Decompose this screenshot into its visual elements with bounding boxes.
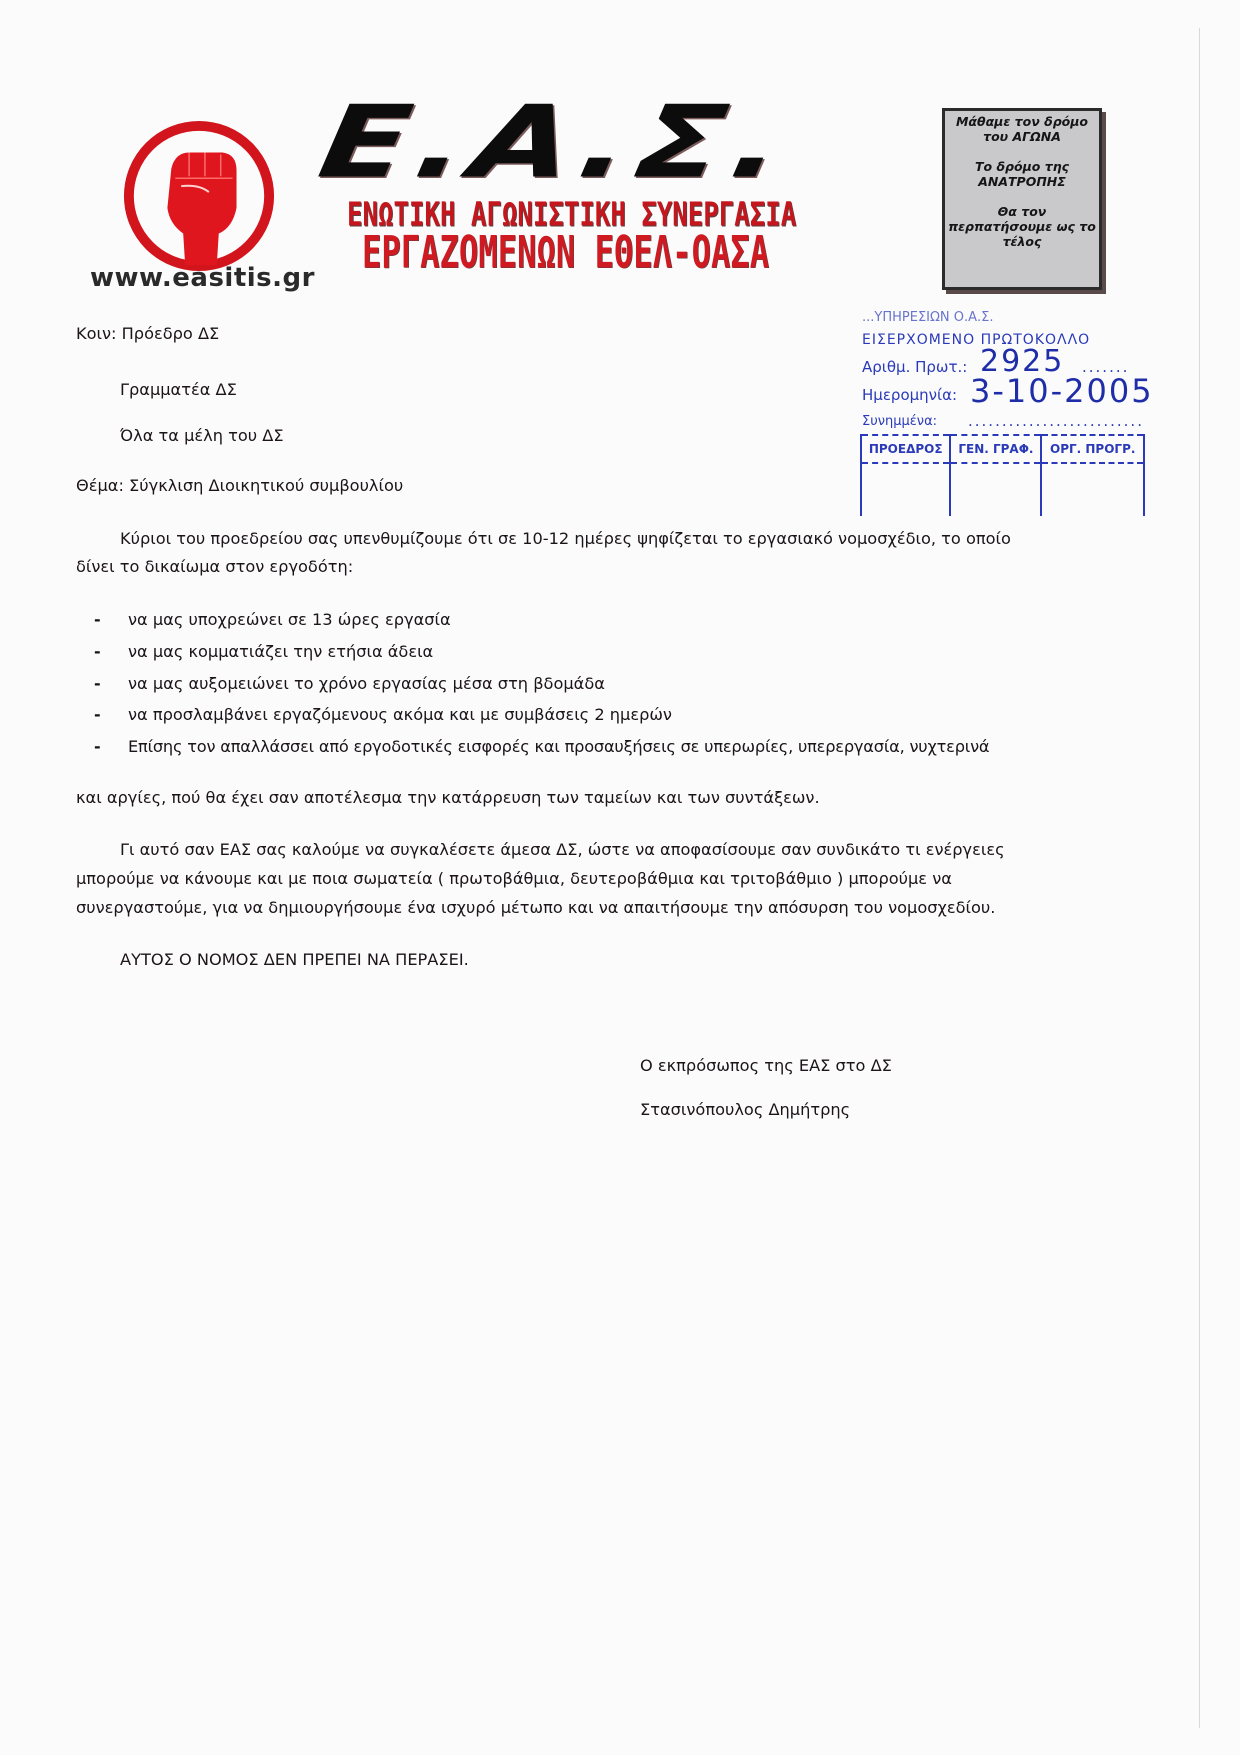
call-paragraph-line1: Γι αυτό σαν ΕΑΣ σας καλούμε να συγκαλέσε…: [120, 840, 1005, 859]
org-name-line2: ΕΡΓΑΖΟΜΕΝΩΝ ΕΘΕΛ-ΟΑΣΑ: [362, 226, 769, 278]
bullet-marker: -: [94, 705, 101, 724]
routing-cell: [1041, 463, 1144, 516]
intro-line2: δίνει το δικαίωμα στον εργοδότη:: [76, 557, 353, 576]
dotted-fill: ..........................: [968, 412, 1144, 430]
recipient-secretary: Γραμματέα ΔΣ: [120, 380, 237, 399]
call-paragraph-line3: συνεργαστούμε, για να δημιουργήσουμε ένα…: [76, 898, 995, 917]
date-label: Ημερομηνία:: [862, 386, 957, 404]
signature-title: Ο εκπρόσωπος της ΕΑΣ στο ΔΣ: [640, 1056, 892, 1075]
intro-line1: Κύριοι του προεδρείου σας υπενθυμίζουμε …: [120, 529, 1011, 548]
routing-col-secretary: ΓΕΝ. ΓΡΑΦ.: [950, 435, 1041, 463]
org-acronym: Ε.Α.Σ.: [313, 96, 950, 190]
bullet-text: να μας αυξομειώνει το χρόνο εργασίας μέσ…: [128, 674, 605, 693]
slogan-line: Το δρόμο της ΑΝΑΤΡΟΠΗΣ: [945, 159, 1099, 189]
routing-cell: [950, 463, 1041, 516]
routing-table: ΠΡΟΕΔΡΟΣ ΓΕΝ. ΓΡΑΦ. ΟΡΓ. ΠΡΟΓΡ.: [860, 434, 1145, 516]
routing-cell: [861, 463, 950, 516]
bullet-continuation: και αργίες, πού θα έχει σαν αποτέλεσμα τ…: [76, 788, 820, 807]
recipient-cc: Κοιν: Πρόεδρο ΔΣ: [76, 324, 219, 343]
bullet-text: να προσλαμβάνει εργαζόμενους ακόμα και μ…: [128, 705, 672, 724]
slogan-box: Μάθαμε τον δρόμο του ΑΓΩΝΑ Το δρόμο της …: [942, 108, 1102, 290]
bullet-marker: -: [94, 610, 101, 629]
bullet-marker: -: [94, 737, 101, 756]
raised-fist-logo-icon: [120, 117, 278, 275]
routing-col-org: ΟΡΓ. ΠΡΟΓΡ.: [1041, 435, 1144, 463]
bullet-marker: -: [94, 674, 101, 693]
date-value: 3-10-2005: [970, 372, 1154, 410]
bullet-text: να μας κομματιάζει την ετήσια άδεια: [128, 642, 433, 661]
signature-name: Στασινόπουλος Δημήτρης: [640, 1100, 850, 1119]
attachments-label: Συνημμένα:: [862, 414, 937, 429]
routing-col-president: ΠΡΟΕΔΡΟΣ: [861, 435, 950, 463]
slogan-line: Μάθαμε τον δρόμο του ΑΓΩΝΑ: [945, 114, 1099, 144]
closing-statement: ΑΥΤΟΣ Ο ΝΟΜΟΣ ΔΕΝ ΠΡΕΠΕΙ ΝΑ ΠΕΡΑΣΕΙ.: [120, 950, 469, 969]
slogan-line: Θα τον περπατήσουμε ως το τέλος: [945, 204, 1099, 249]
website-url: www.easitis.gr: [90, 263, 315, 293]
bullet-marker: -: [94, 642, 101, 661]
protocol-number-label: Αριθμ. Πρωτ.:: [862, 358, 967, 376]
bullet-text: να μας υποχρεώνει σε 13 ώρες εργασία: [128, 610, 451, 629]
call-paragraph-line2: μπορούμε να κάνουμε και με ποια σωματεία…: [76, 869, 952, 888]
subject-line: Θέμα: Σύγκλιση Διοικητικού συμβουλίου: [76, 476, 403, 495]
recipient-members: Όλα τα μέλη του ΔΣ: [120, 426, 284, 445]
stamp-line1: ...ΥΠΗΡΕΣΙΩΝ Ο.Α.Σ.: [862, 310, 994, 325]
bullet-text: Επίσης τον απαλλάσσει από εργοδοτικές ει…: [128, 737, 989, 756]
scan-edge-line: [1199, 28, 1200, 1728]
protocol-stamp: ...ΥΠΗΡΕΣΙΩΝ Ο.Α.Σ. ΕΙΣΕΡΧΟΜΕΝΟ ΠΡΩΤΟΚΟΛ…: [860, 310, 1160, 520]
